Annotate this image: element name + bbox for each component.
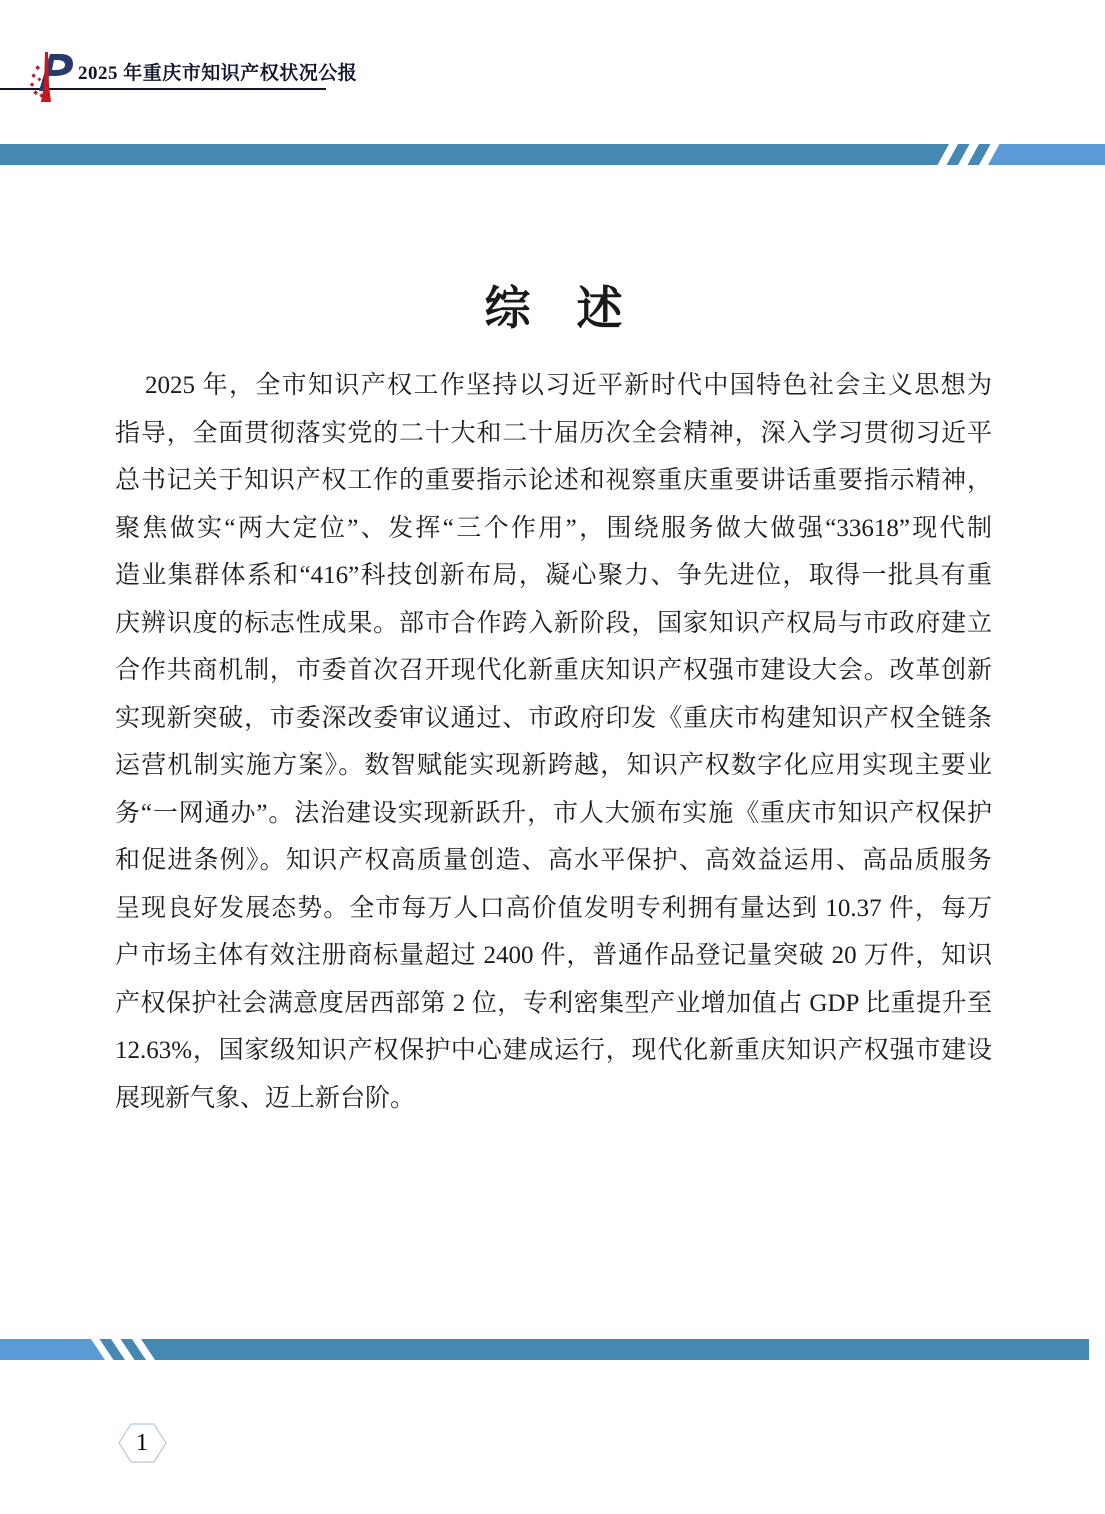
top-band-slash-2 bbox=[968, 144, 991, 165]
paragraph-line: 运营机制实施方案》。数智赋能实现新跨越，知识产权数字化应用实现主要业 bbox=[115, 742, 992, 790]
section-title: 综 述 bbox=[115, 272, 992, 338]
paragraph-line: 2025 年，全市知识产权工作坚持以习近平新时代中国特色社会主义思想为 bbox=[115, 362, 992, 410]
paragraph-line: 实现新突破，市委深改委审议通过、市政府印发《重庆市构建知识产权全链条 bbox=[115, 695, 992, 743]
bottom-band-light-cap bbox=[0, 1339, 105, 1360]
paragraph-line: 户市场主体有效注册商标量超过 2400 件，普通作品登记量突破 20 万件，知识 bbox=[115, 932, 992, 980]
bottom-decor-band bbox=[0, 1339, 1105, 1360]
document-page: 2025 年重庆市知识产权状况公报 综 述 2025 年，全市知识产权工作坚持以… bbox=[0, 0, 1105, 1514]
paragraph-line: 务“一网通办”。法治建设实现新跃升，市人大颁布实施《重庆市知识产权保护 bbox=[115, 790, 992, 838]
paragraph-line: 呈现良好发展态势。全市每万人口高价值发明专利拥有量达到 10.37 件，每万 bbox=[115, 885, 992, 933]
overview-paragraph: 2025 年，全市知识产权工作坚持以习近平新时代中国特色社会主义思想为 指导，全… bbox=[115, 362, 992, 1122]
paragraph-line: 12.63%，国家级知识产权保护中心建成运行，现代化新重庆知识产权强市建设 bbox=[115, 1027, 992, 1075]
bottom-band-main bbox=[141, 1339, 1089, 1360]
top-band-light-cap bbox=[988, 144, 1105, 165]
bottom-band-slash-2 bbox=[121, 1339, 147, 1360]
paragraph-line: 造业集群体系和“416”科技创新布局，凝心聚力、争先进位，取得一批具有重 bbox=[115, 552, 992, 600]
top-band-slash-1 bbox=[947, 144, 970, 165]
bulletin-logo-icon bbox=[30, 52, 74, 104]
logo-dots bbox=[30, 65, 44, 98]
paragraph-line: 聚焦做实“两大定位”、发挥“三个作用”，围绕服务做大做强“33618”现代制 bbox=[115, 505, 992, 553]
header-title: 2025 年重庆市知识产权状况公报 bbox=[78, 58, 357, 85]
paragraph-line: 展现新气象、迈上新台阶。 bbox=[115, 1075, 992, 1123]
paragraph-line: 总书记关于知识产权工作的重要指示论述和视察重庆重要讲话重要指示精神， bbox=[115, 457, 992, 505]
page-number: 1 bbox=[117, 1422, 167, 1464]
top-band-main bbox=[0, 144, 949, 165]
paragraph-line: 合作共商机制，市委首次召开现代化新重庆知识产权强市建设大会。改革创新 bbox=[115, 647, 992, 695]
bottom-band-slash-1 bbox=[100, 1339, 126, 1360]
document-header: 2025 年重庆市知识产权状况公报 bbox=[0, 50, 326, 90]
page-number-badge: 1 bbox=[117, 1422, 167, 1466]
paragraph-line: 和促进条例》。知识产权高质量创造、高水平保护、高效益运用、高品质服务 bbox=[115, 837, 992, 885]
top-decor-band bbox=[0, 144, 1105, 165]
paragraph-line: 庆辨识度的标志性成果。部市合作跨入新阶段，国家知识产权局与市政府建立 bbox=[115, 600, 992, 648]
paragraph-line: 产权保护社会满意度居西部第 2 位，专利密集型产业增加值占 GDP 比重提升至 bbox=[115, 980, 992, 1028]
paragraph-line: 指导，全面贯彻落实党的二十大和二十届历次全会精神，深入学习贯彻习近平 bbox=[115, 410, 992, 458]
